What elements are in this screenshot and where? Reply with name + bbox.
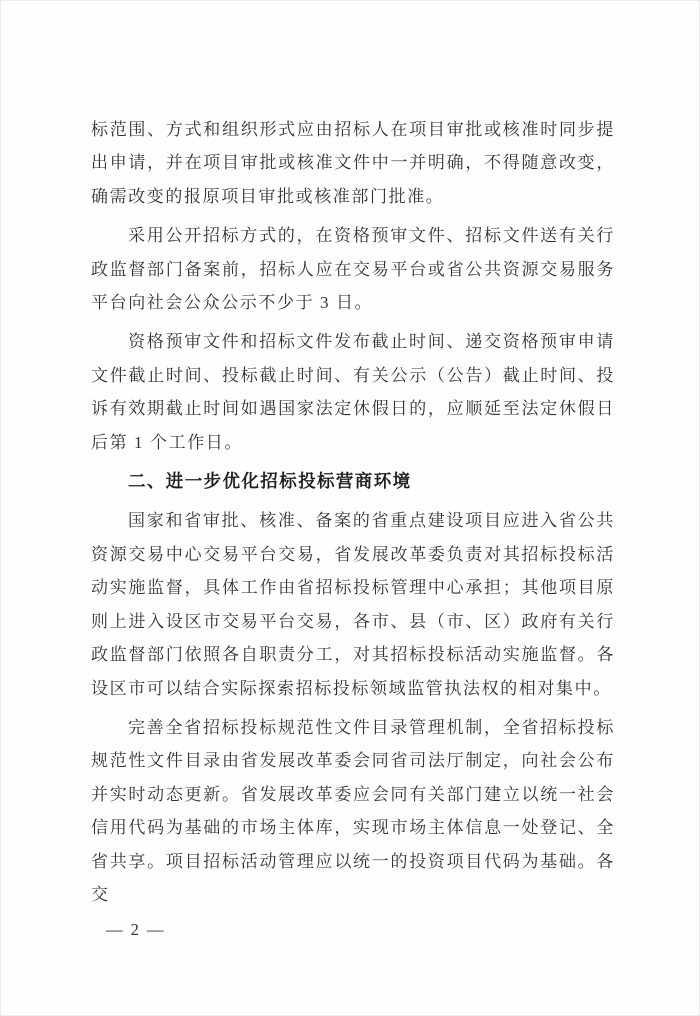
document-page: 标范围、方式和组织形式应由招标人在项目审批或核准时同步提出申请，并在项目审批或核… [0,0,700,1016]
paragraph: 资格预审文件和招标文件发布截止时间、递交资格预审申请文件截止时间、投标截止时间、… [91,325,615,459]
paragraph: 完善全省招标投标规范性文件目录管理机制，全省招标投标规范性文件目录由省发展改革委… [91,711,615,911]
paragraph-continuation: 标范围、方式和组织形式应由招标人在项目审批或核准时同步提出申请，并在项目审批或核… [91,113,615,213]
paragraph: 国家和省审批、核准、备案的省重点建设项目应进入省公共资源交易中心交易平台交易，省… [91,504,615,704]
section-heading: 二、进一步优化招标投标营商环境 [91,465,615,498]
paragraph: 采用公开招标方式的，在资格预审文件、招标文件送有关行政监督部门备案前，招标人应在… [91,219,615,319]
page-number: — 2 — [106,920,615,940]
